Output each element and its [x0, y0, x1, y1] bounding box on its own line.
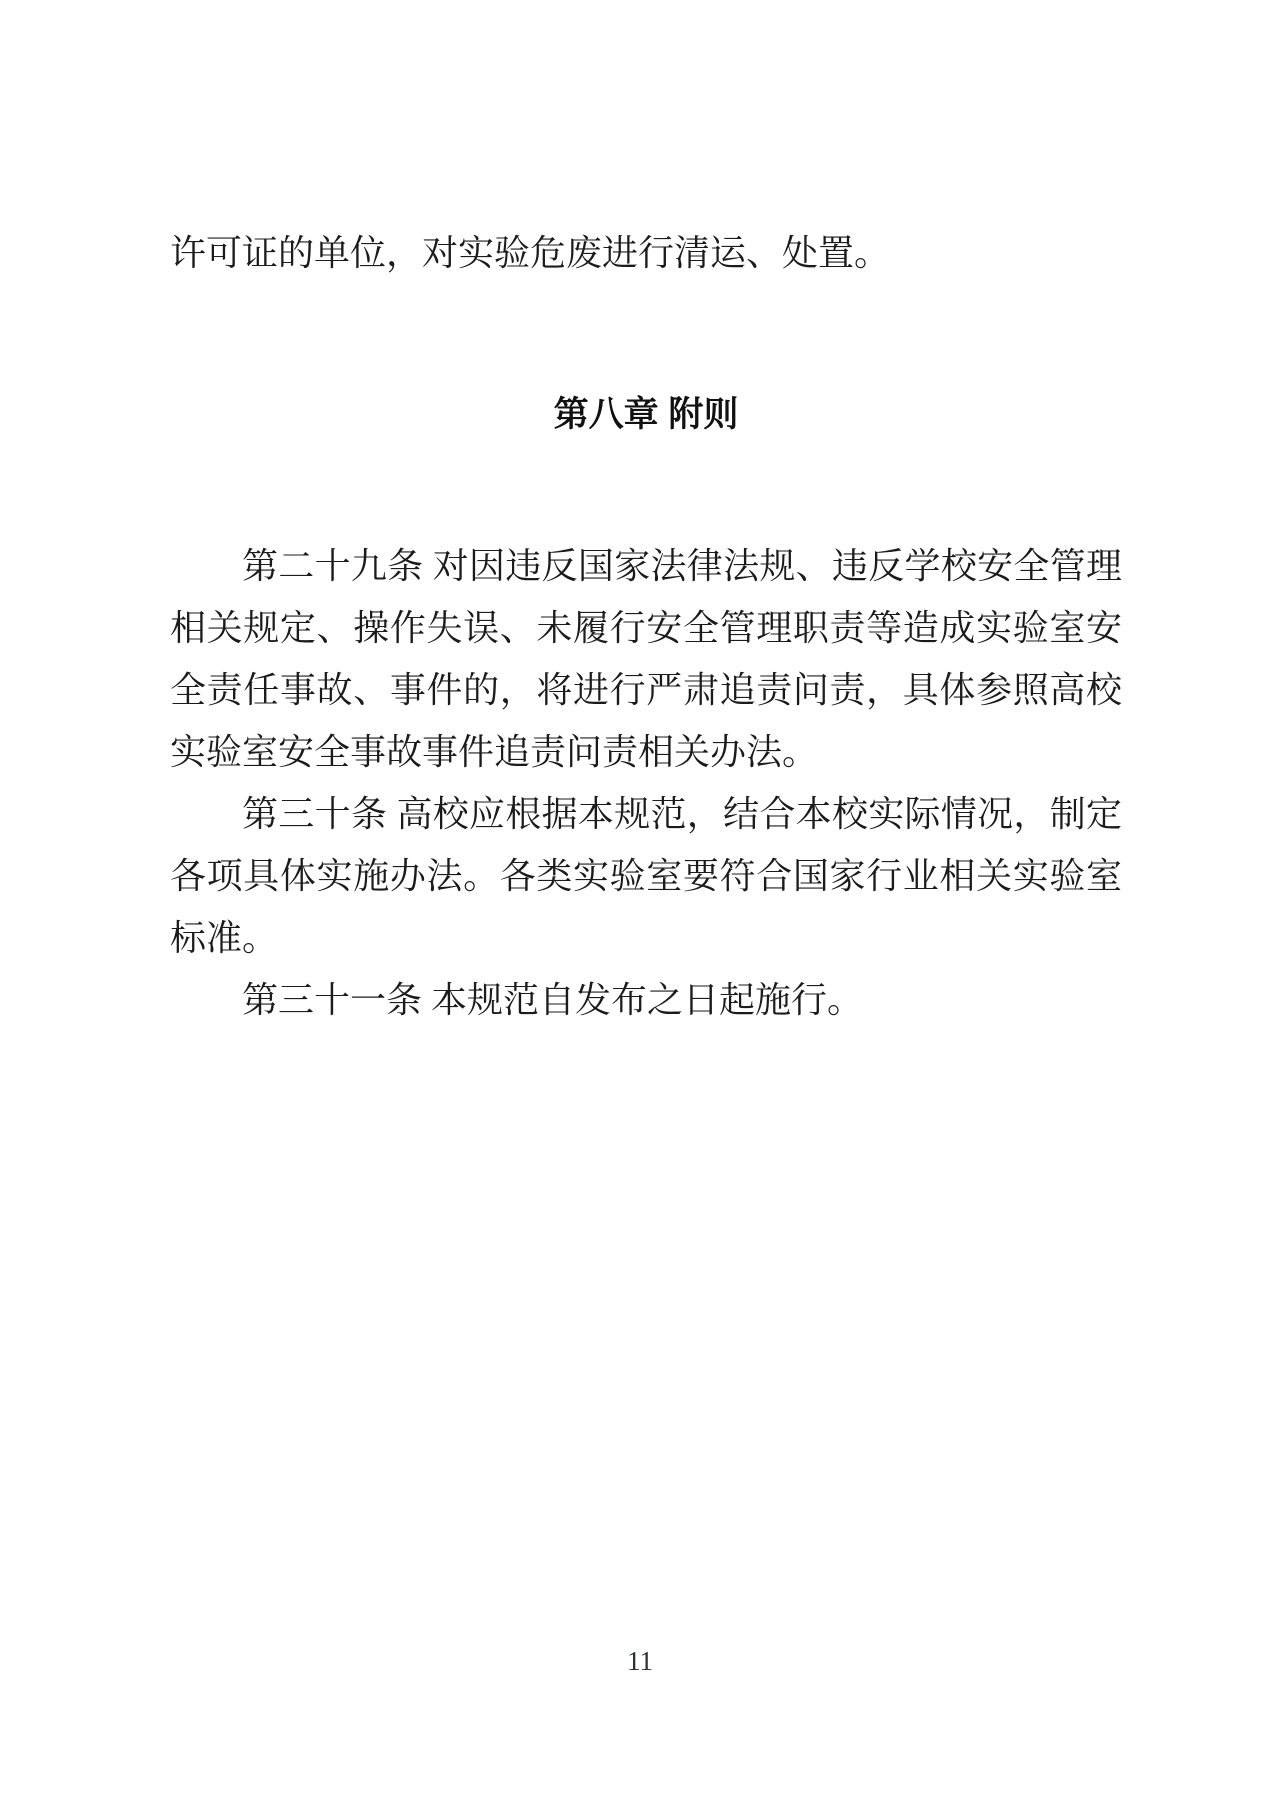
chapter-heading: 第八章 附则 — [170, 384, 1122, 446]
article-30: 第三十条 高校应根据本规范，结合本校实际情况，制定各项具体实施办法。各类实验室要… — [170, 783, 1122, 969]
page-number: 11 — [0, 1644, 1280, 1678]
document-page: 许可证的单位，对实验危废进行清运、处置。 第八章 附则 第二十九条 对因违反国家… — [0, 0, 1280, 1809]
article-29: 第二十九条 对因违反国家法律法规、违反学校安全管理相关规定、操作失误、未履行安全… — [170, 535, 1122, 783]
article-31: 第三十一条 本规范自发布之日起施行。 — [170, 969, 1122, 1031]
paragraph-continuation: 许可证的单位，对实验危废进行清运、处置。 — [170, 222, 1122, 284]
article-block: 第二十九条 对因违反国家法律法规、违反学校安全管理相关规定、操作失误、未履行安全… — [170, 535, 1122, 1031]
